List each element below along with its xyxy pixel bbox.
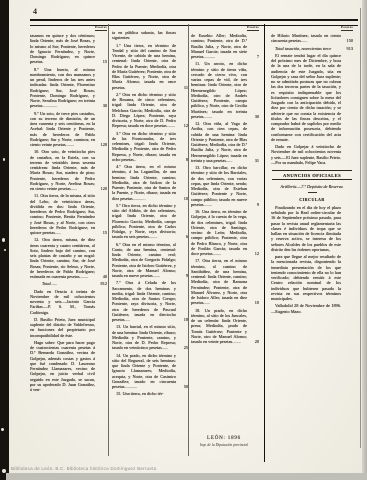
- paragraph-text: Valladolid 28 de Noviembre de 1896.—Euge…: [271, 303, 341, 314]
- price-value: 9: [186, 273, 188, 278]
- paragraph: Total tasación, novecientas trece913: [271, 46, 353, 51]
- library-watermark: Biblioteca de León. B.C. Biblioteca hist…: [11, 466, 156, 471]
- text-column-4: de Hilario Martínez; tasada en ciento ci…: [271, 32, 353, 458]
- price-value: 10: [255, 300, 259, 305]
- paragraph: 8.º Una huerta, al mismo nombramiento, c…: [30, 67, 107, 109]
- paragraph-text: 18. Un prado, en dicho término, al sitio…: [191, 308, 247, 345]
- paragraph: 3.º Otra en dicho término y sitio de las…: [112, 131, 188, 163]
- paragraph: 1.º Una tierra, en término de Tendal y s…: [112, 43, 188, 90]
- price-value: 12: [184, 123, 188, 128]
- text-column-2: ta en pública subasta, las fincas siguie…: [112, 29, 188, 459]
- pesetas-column-header: Pesetas: [325, 25, 353, 29]
- paragraph: 11. Un arroto, en dicho término y sitio …: [191, 61, 259, 119]
- paragraph: Finalizando en el día de hoy el plazo se…: [271, 205, 353, 252]
- scan-speck: [3, 158, 5, 161]
- imprint-city-year: LEÓN: 1896: [187, 436, 261, 441]
- page-number: 4: [33, 7, 37, 16]
- paragraph-text: 12. Otra tierra, misma, de diez áreas cu…: [30, 237, 95, 279]
- paragraph: ANUNCIOS OFICIALES: [272, 170, 352, 180]
- paragraph-text: 2.º Otra en dicho término y sitio de Ros…: [112, 92, 176, 129]
- paragraph-text: para que llegue al mejor resultado de la…: [271, 254, 341, 301]
- paragraph: tasamos en quince y dos céntimos; linda …: [30, 33, 107, 65]
- price-value: 40: [103, 274, 107, 279]
- paragraph-text: ta en pública subasta, las fincas siguie…: [112, 30, 176, 41]
- price-value: 15: [103, 59, 107, 64]
- scanned-gazette-page: 4 Pesetas Pesetas Pesetas tasamos en qui…: [0, 0, 367, 480]
- paragraph-text: Finalizando en el día de hoy el plazo se…: [271, 205, 341, 252]
- paragraph: 15. Una tierra, en dicho tér-: [112, 391, 188, 396]
- paragraph: 13. Un barrial, en el mismo sitio, de un…: [112, 324, 188, 350]
- paragraph-text: 10. Otro soto, de veintiocho pies de cas…: [30, 149, 95, 191]
- pesetas-column-header: Pesetas: [231, 25, 259, 29]
- price-value: 50: [184, 384, 188, 389]
- text-column-1: tasamos en quince y dos céntimos; linda …: [30, 32, 107, 458]
- column-divider-rule: [264, 24, 265, 462]
- paragraph-text: 17. Otra tierra, en el mismo término, al…: [191, 258, 247, 305]
- paragraph: de Hilario Martínez; tasada en ciento ci…: [271, 33, 353, 44]
- column-divider-rule: [188, 24, 189, 456]
- paragraph-text: Total tasación, novecientas trece: [271, 46, 341, 51]
- text-column-3: de Eusebio Aller; Mediodía, camino; Poni…: [191, 32, 259, 430]
- scan-bottom-edge: [6, 473, 367, 480]
- paragraph: 5.º Otra tierra, en dicho término y siti…: [112, 203, 188, 240]
- paragraph: 11. Otra tierra, de la misma, al sitio d…: [30, 193, 107, 235]
- paragraph: Valladolid 28 de Noviembre de 1896.—Euge…: [271, 303, 353, 314]
- paragraph: 14. Un prado, en dicho término y sitio d…: [112, 353, 188, 390]
- paragraph-text: 11. Un arroto, en dicho término y sitio …: [191, 61, 247, 119]
- paragraph: 18. Un prado, en dicho término, al sitio…: [191, 308, 259, 345]
- paragraph-text: de Hilario Martínez; tasada en ciento ci…: [271, 33, 341, 44]
- price-value: 18: [184, 317, 188, 322]
- paragraph: 7.º Otra á Celada de los Sacramento, de …: [112, 280, 188, 322]
- imprint-printer: Imp. de la Diputación provincial: [187, 443, 261, 447]
- scan-speck: [4, 249, 6, 251]
- scan-speck: [1, 428, 4, 431]
- paragraph: 6.º Otra en el mismo término, al Canto, …: [112, 242, 188, 279]
- paragraph: ta en pública subasta, las fincas siguie…: [112, 30, 188, 41]
- page-edge-shading: [362, 0, 367, 473]
- paragraph-text: Dado en Golpejar á veintiocho de Noviemb…: [271, 144, 341, 165]
- paragraph-text: 6.º Otra en el mismo término, al Canto, …: [112, 242, 176, 279]
- paragraph-text: Hago saber: Que para hacer pago de cuatr…: [30, 340, 95, 393]
- paragraph-text: 14. Un prado, en dicho término y sitio d…: [112, 353, 176, 390]
- scan-speck: [2, 238, 5, 242]
- paragraph-text: Total......: [30, 281, 95, 286]
- paragraph: 17. Otra tierra, en el mismo término, al…: [191, 258, 259, 305]
- price-value: 6: [186, 234, 188, 239]
- price-value: 8: [186, 157, 188, 162]
- price-value: 12: [255, 251, 259, 256]
- paragraph: 12. Otra tierra, misma, de diez áreas cu…: [30, 237, 107, 279]
- paragraph-text: tasamos en quince y dos céntimos; linda …: [30, 33, 95, 65]
- paragraph: de Eusebio Aller; Mediodía, camino; Poni…: [191, 33, 259, 59]
- paragraph-text: 1.º Una tierra, en término de Tendal y s…: [112, 43, 176, 90]
- price-value: 25: [184, 345, 188, 350]
- paragraph: Total......812: [30, 281, 107, 286]
- paragraph: Dado en Golpejar á veintiocho de Noviemb…: [271, 144, 353, 165]
- paragraph-text: 8.º Una huerta, al mismo nombramiento, c…: [30, 67, 95, 109]
- paragraph: Artillería.—7.º Depósito de Reserva.: [271, 184, 353, 189]
- paragraph: Dado en Oencia á treinta de Noviembre de…: [30, 289, 107, 315]
- paragraph-text: 15. Una tierra, en dicho tér-: [112, 391, 176, 396]
- price-value: 30: [103, 103, 107, 108]
- paragraph: [308, 192, 317, 194]
- price-value: 15: [103, 230, 107, 235]
- paragraph-text: de Eusebio Aller; Mediodía, camino; Poni…: [191, 33, 247, 59]
- price-value: 9: [257, 202, 259, 207]
- price-value: 120: [101, 142, 107, 147]
- paragraph: 2.º Otra en dicho término y sitio de Ros…: [112, 92, 188, 129]
- price-value: 30: [255, 114, 259, 119]
- paragraph: Hago saber: Que para hacer pago de cuatr…: [30, 340, 107, 393]
- price-value: 10: [184, 196, 188, 201]
- paragraph: 9.º Un soto, de trece pies castaños, con…: [30, 111, 107, 148]
- pesetas-column-header: Pesetas: [79, 25, 107, 29]
- page-right-edge: [360, 8, 361, 448]
- paragraph-text: 16. Una tierra, en término de Golpejar, …: [191, 209, 247, 256]
- paragraph: El remate tendrá lugar el día quince del…: [271, 53, 353, 142]
- paragraph-text: Dado en Oencia á treinta de Noviembre de…: [30, 289, 95, 315]
- printer-imprint: LEÓN: 1896 Imp. de la Diputación provinc…: [187, 436, 261, 447]
- price-value: 120: [101, 186, 107, 191]
- paragraph: CIRCULAR: [271, 197, 353, 202]
- paragraph-text: 13. Otro barcillar, en dicho término y s…: [191, 165, 247, 207]
- paragraph-text: 7.º Otra á Celada de los Sacramento, de …: [112, 280, 176, 322]
- paragraph-text: ANUNCIOS OFICIALES: [272, 173, 352, 178]
- paragraph-text: 13. Un barrial, en el mismo sitio, de un…: [112, 324, 176, 350]
- paragraph: 12. Otra viña, al Vago de Arriba, con ci…: [191, 121, 259, 163]
- paragraph: 4.º Otra tierra, en el mismo término, á …: [112, 164, 188, 201]
- price-value: 812: [101, 281, 107, 286]
- paragraph: D. Basilio Prieto, Juez municipal suplen…: [30, 317, 107, 338]
- paragraph-text: Artillería.—7.º Depósito de Reserva.: [271, 184, 353, 189]
- paragraph: 16. Una tierra, en término de Golpejar, …: [191, 209, 259, 256]
- price-value: 11: [184, 85, 188, 90]
- paragraph: 13. Otro barcillar, en dicho término y s…: [191, 165, 259, 207]
- price-value: 7: [257, 54, 259, 59]
- paragraph-text: 11. Otra tierra, de la misma, al sitio d…: [30, 193, 95, 235]
- column-divider-rule: [108, 24, 109, 456]
- paragraph-text: 3.º Otra en dicho término y sitio de las…: [112, 131, 176, 163]
- paragraph-text: 4.º Otra tierra, en el mismo término, á …: [112, 164, 176, 201]
- paragraph-text: CIRCULAR: [271, 197, 353, 202]
- price-value: 31: [255, 158, 259, 163]
- paragraph-text: 12. Otra viña, al Vago de Arriba, con ci…: [191, 121, 247, 163]
- paragraph-text: 9.º Un soto, de trece pies castaños, con…: [30, 111, 95, 148]
- price-value: 913: [347, 46, 353, 51]
- paragraph: para que llegue al mejor resultado de la…: [271, 254, 353, 301]
- paragraph-text: El remate tendrá lugar el día quince del…: [271, 53, 341, 142]
- price-value: 150: [347, 38, 353, 43]
- paragraph: 10. Otro soto, de veintiocho pies de cas…: [30, 149, 107, 191]
- paragraph-text: 5.º Otra tierra, en dicho término y siti…: [112, 203, 176, 240]
- paragraph-text: D. Basilio Prieto, Juez municipal suplen…: [30, 317, 95, 338]
- price-value: 20: [255, 339, 259, 344]
